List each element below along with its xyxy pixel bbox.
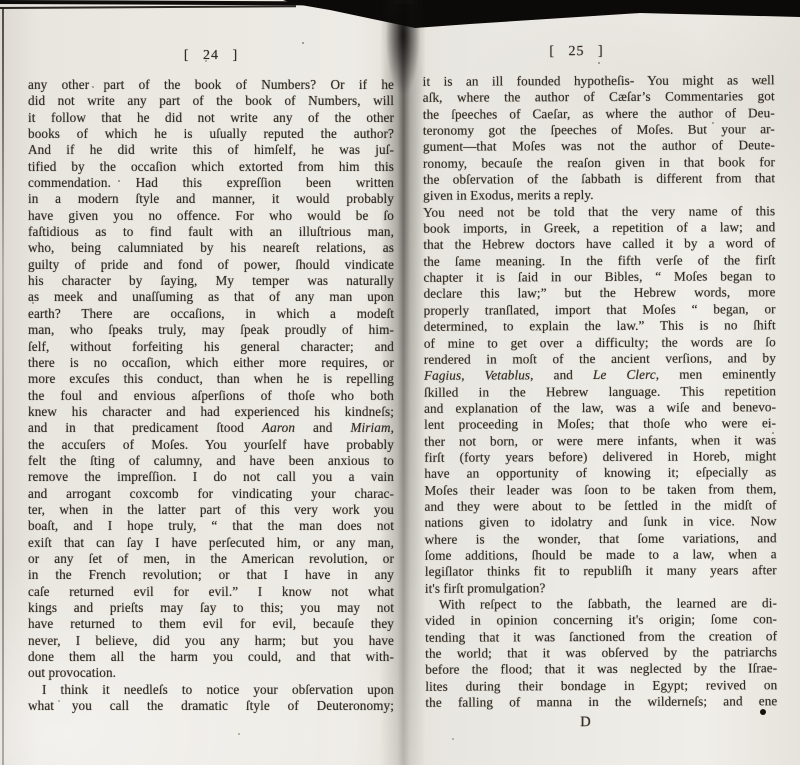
text-line: lites during their bondage in Egypt; rev… [425, 677, 777, 695]
scan-black-edge [0, 0, 800, 42]
paragraph: With reſpect to the ſabbath, the learned… [425, 595, 777, 711]
text-line: rendered in moſt of the ancient verſions… [424, 350, 776, 368]
text-line: the falling of manna in the wilderneſs; … [425, 693, 777, 711]
text-line: the foul and envious aſperſions of thoſe… [28, 388, 394, 404]
text-line: his character by ſaying, My temper was n… [28, 273, 394, 289]
text-line: before the flood; that it was neglected … [425, 661, 777, 679]
text-line: what you call the dramatic ſtyle of Deut… [28, 698, 394, 714]
text-line: there is no occaſion, which either more … [28, 355, 394, 371]
text-line: tified by the occaſion which extorted fr… [28, 159, 394, 175]
book-scan: [ 24 ] any other part of the book of Num… [0, 0, 800, 765]
page-24-text: any other part of the book of Numbers? O… [28, 77, 394, 714]
text-line: never, I believe, did you any harm; but … [28, 633, 394, 649]
text-line: and in that predicament ſtood Aaron and … [28, 420, 394, 436]
text-line: have an opportunity of knowing it; eſpec… [424, 464, 776, 482]
text-line: ſome additions, ſhould be made to a law,… [425, 546, 777, 564]
text-line: in the French revolution; or that I have… [28, 567, 394, 583]
text-line: and they were about to be ſettled in the… [424, 497, 776, 515]
text-line: have given you no offence. For who would… [28, 208, 394, 224]
text-line: it is an ill founded hypotheſis- You mig… [423, 72, 775, 90]
text-line: nations given to idolatry and ſunk in vi… [425, 514, 777, 532]
paragraph: I think it needleſs to notice your obſer… [28, 682, 394, 715]
text-line: You need not be told that the very name … [423, 203, 775, 221]
text-line: of mine to get over a difficulty; the wo… [424, 334, 776, 352]
text-line: the ſame meaning. In the fifth verſe of … [423, 252, 775, 270]
paper-specks [0, 0, 2, 2]
text-line: given in Exodus, merits a reply. [423, 187, 775, 205]
text-line: where is the wonder, that ſome variation… [425, 530, 777, 548]
signature-mark: D [409, 714, 761, 733]
text-line: determined, to explain the law.” This is… [424, 317, 776, 335]
top-edge-line [0, 0, 310, 5]
text-line: book imports, in Greek, a repetition of … [423, 219, 775, 237]
text-line: legiſlator thinks fit to republiſh it ma… [425, 563, 777, 581]
page-24: [ 24 ] any other part of the book of Num… [28, 48, 394, 714]
text-line: who, being calumniated by his neareſt re… [28, 240, 394, 256]
text-line: as meek and unaſſuming as that of any ma… [28, 289, 394, 305]
text-line: properly tranſlated, import that Moſes “… [424, 301, 776, 319]
text-line: it's firſt promulgation? [425, 579, 777, 597]
text-line: ronomy, becauſe the reaſon given in that… [423, 154, 775, 172]
text-line: ter, when in the latter part of this ver… [28, 502, 394, 518]
text-line: faſtidious as to find fault with an illu… [28, 224, 394, 240]
text-line: commendation. Had this expreſſion been w… [28, 175, 394, 191]
text-line: the obſervation of the ſabbath is differ… [423, 170, 775, 188]
text-line: lent proceeding in Moſes; that thoſe who… [424, 415, 776, 433]
text-line: that the Hebrew doctors have called it b… [423, 236, 775, 254]
text-line: more excuſes this conduct, than when he … [28, 371, 394, 387]
top-edge-line-2 [0, 5, 296, 9]
text-line: chapter it is ſaid in our Bibles, “ Moſe… [423, 268, 775, 286]
text-line: remove the impreſſion. I do not call you… [28, 469, 394, 485]
text-line: the accuſers of Moſes. You yourſelf have… [28, 437, 394, 453]
text-line: felt the ſting of calumny, and have been… [28, 453, 394, 469]
text-line: ſelf, without forfeiting his general cha… [28, 339, 394, 355]
text-line: knew his character and had experienced h… [28, 404, 394, 420]
text-line: done them all the harm you could, and th… [28, 649, 394, 665]
text-line: man, who ſpeaks truly, may ſpeak proudly… [28, 322, 394, 338]
folio-24: [ 24 ] [28, 48, 394, 64]
text-line: I think it needleſs to notice your obſer… [28, 682, 394, 698]
text-line: the ſpeeches of Caeſar, as where the aut… [423, 105, 775, 123]
text-line: exiſt that can ſay I have perſecuted him… [28, 535, 394, 551]
text-line: tending that it was ſanctioned from the … [425, 628, 777, 646]
text-line: aſk, where the author of Cæſar’s Comment… [423, 89, 775, 107]
text-line: ſkilled in the Hebrew language. This rep… [424, 383, 776, 401]
page-25-text: it is an ill founded hypotheſis- You mig… [423, 72, 778, 711]
text-line: boaſt, and I hope truly, “ that the man … [28, 518, 394, 534]
text-line: in a modern ſtyle and manner, it would p… [28, 191, 394, 207]
text-line: the world; that it was obſerved by the p… [425, 644, 777, 662]
text-line: ther not born, or were mere infants, whe… [424, 432, 776, 450]
text-line: or any ſet of men, in the American revol… [28, 551, 394, 567]
text-line: books of which he is uſually reputed the… [28, 126, 394, 142]
text-line: And if he did write this of himſelf, he … [28, 142, 394, 158]
text-line: and explanation of the law, was a wiſe a… [424, 399, 776, 417]
text-line: teronomy got the ſpeeches of Moſes. But … [423, 121, 775, 139]
folio-25: [ 25 ] [401, 43, 753, 61]
text-line: did not write any part of the book of Nu… [28, 93, 394, 109]
text-line: kings and prieſts may ſay to this; you m… [28, 600, 394, 616]
text-line: With reſpect to the ſabbath, the learned… [425, 595, 777, 613]
text-line: earth? There are occaſions, in which a m… [28, 306, 394, 322]
text-line: out provocation. [28, 665, 394, 681]
text-line: any other part of the book of Numbers? O… [28, 77, 394, 93]
paragraph: any other part of the book of Numbers? O… [28, 77, 394, 682]
text-line: Moſes their leader was ſoon to be taken … [424, 481, 776, 499]
text-line: and arrogant coxcomb for vindicating you… [28, 486, 394, 502]
paragraph: it is an ill founded hypotheſis- You mig… [423, 72, 776, 204]
text-line: it follow that he did not write any of t… [28, 110, 394, 126]
text-line: Fagius, Vetablus, and Le Clerc, men emin… [424, 366, 776, 384]
text-line: caſe returned evil for evil.” I know not… [28, 584, 394, 600]
text-line: declare this law;” but the Hebrew words,… [424, 285, 776, 303]
text-line: guilty of pride and fond of power, ſhoul… [28, 257, 394, 273]
paragraph: You need not be told that the very name … [423, 203, 777, 597]
left-edge-line [2, 8, 4, 765]
text-line: have returned to them evil for evil, bec… [28, 616, 394, 632]
text-line: vided in opinion concerning it's origin;… [425, 612, 777, 630]
page-25: [ 25 ] it is an ill founded hypotheſis- … [423, 43, 778, 732]
text-line: gument—that Moſes was not the author of … [423, 138, 775, 156]
text-line: firſt (forty years before) delivered in … [424, 448, 776, 466]
